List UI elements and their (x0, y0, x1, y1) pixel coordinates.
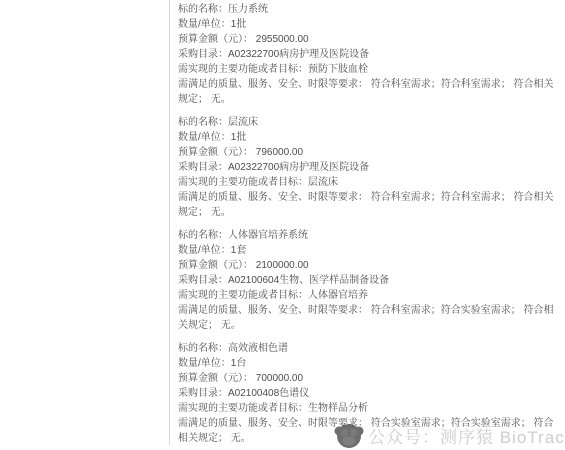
field-label: 预算金额（元）： (178, 373, 256, 384)
field-label: 采购目录： (178, 275, 228, 286)
field-catalog: 采购目录：A02322700病房护理及医院设备 (178, 47, 558, 62)
field-label: 标的名称： (178, 117, 228, 128)
field-name: 标的名称：高效液相色谱 (178, 341, 558, 356)
field-requirements: 需满足的质量、服务、安全、时限等要求： 符合实验室需求；符合实验室需求； 符合相… (178, 416, 558, 446)
field-label: 数量/单位： (178, 358, 231, 369)
field-value: 796000.00 (256, 147, 303, 158)
field-label: 预算金额（元）： (178, 147, 256, 158)
field-value: 生物样品分析 (308, 403, 368, 414)
field-budget: 预算金额（元）： 2955000.00 (178, 32, 558, 47)
field-label: 标的名称： (178, 4, 228, 15)
field-catalog: 采购目录：A02100604生物、医学样品制备设备 (178, 273, 558, 288)
field-value: 1批 (231, 19, 247, 30)
field-label: 预算金额（元）： (178, 34, 256, 45)
field-requirements: 需满足的质量、服务、安全、时限等要求： 符合科室需求；符合科室需求； 符合相关规… (178, 190, 558, 220)
field-value: 2955000.00 (256, 34, 309, 45)
field-value: A02100604生物、医学样品制备设备 (228, 275, 389, 286)
field-budget: 预算金额（元）： 2100000.00 (178, 258, 558, 273)
field-value: 高效液相色谱 (228, 343, 288, 354)
field-value: 层流床 (308, 177, 338, 188)
field-value: A02100408色谱仪 (228, 388, 309, 399)
procurement-item-1: 标的名称：压力系统 数量/单位：1批 预算金额（元）： 2955000.00 采… (178, 2, 558, 107)
field-catalog: 采购目录：A02322700病房护理及医院设备 (178, 160, 558, 175)
field-function: 需实现的主要功能或者目标：生物样品分析 (178, 401, 558, 416)
field-label: 标的名称： (178, 230, 228, 241)
field-value: 压力系统 (228, 4, 268, 15)
field-label: 需实现的主要功能或者目标： (178, 64, 308, 75)
field-label: 预算金额（元）： (178, 260, 256, 271)
field-value: 2100000.00 (256, 260, 309, 271)
field-value: 1台 (231, 358, 247, 369)
field-label: 需实现的主要功能或者目标： (178, 177, 308, 188)
field-label: 标的名称： (178, 343, 228, 354)
field-quantity: 数量/单位：1套 (178, 243, 558, 258)
field-catalog: 采购目录：A02100408色谱仪 (178, 386, 558, 401)
field-value: 预防下肢血栓 (308, 64, 368, 75)
field-quantity: 数量/单位：1批 (178, 130, 558, 145)
field-label: 数量/单位： (178, 19, 231, 30)
field-label: 需满足的质量、服务、安全、时限等要求： (178, 305, 371, 316)
field-quantity: 数量/单位：1批 (178, 17, 558, 32)
field-label: 数量/单位： (178, 132, 231, 143)
field-quantity: 数量/单位：1台 (178, 356, 558, 371)
field-label: 采购目录： (178, 162, 228, 173)
procurement-item-2: 标的名称：层流床 数量/单位：1批 预算金额（元）： 796000.00 采购目… (178, 115, 558, 220)
field-name: 标的名称：层流床 (178, 115, 558, 130)
field-label: 需满足的质量、服务、安全、时限等要求： (178, 79, 371, 90)
field-function: 需实现的主要功能或者目标：人体器官培养 (178, 288, 558, 303)
table-column-divider (169, 0, 170, 445)
field-requirements: 需满足的质量、服务、安全、时限等要求： 符合科室需求；符合科室需求； 符合相关规… (178, 77, 558, 107)
field-label: 采购目录： (178, 49, 228, 60)
field-value: A02322700病房护理及医院设备 (228, 162, 369, 173)
procurement-item-3: 标的名称：人体器官培养系统 数量/单位：1套 预算金额（元）： 2100000.… (178, 228, 558, 333)
field-value: 1批 (231, 132, 247, 143)
field-label: 需满足的质量、服务、安全、时限等要求： (178, 192, 371, 203)
field-label: 采购目录： (178, 388, 228, 399)
field-value: 层流床 (228, 117, 258, 128)
procurement-item-4: 标的名称：高效液相色谱 数量/单位：1台 预算金额（元）： 700000.00 … (178, 341, 558, 446)
field-value: 人体器官培养 (308, 290, 368, 301)
field-value: 700000.00 (256, 373, 303, 384)
field-budget: 预算金额（元）： 700000.00 (178, 371, 558, 386)
field-budget: 预算金额（元）： 796000.00 (178, 145, 558, 160)
field-function: 需实现的主要功能或者目标：预防下肢血栓 (178, 62, 558, 77)
field-label: 需实现的主要功能或者目标： (178, 403, 308, 414)
field-value: 人体器官培养系统 (228, 230, 308, 241)
field-function: 需实现的主要功能或者目标：层流床 (178, 175, 558, 190)
field-label: 数量/单位： (178, 245, 231, 256)
field-value: 1套 (231, 245, 247, 256)
field-value: A02322700病房护理及医院设备 (228, 49, 369, 60)
procurement-items-list: 标的名称：压力系统 数量/单位：1批 预算金额（元）： 2955000.00 采… (178, 2, 558, 450)
field-label: 需实现的主要功能或者目标： (178, 290, 308, 301)
field-name: 标的名称：人体器官培养系统 (178, 228, 558, 243)
field-name: 标的名称：压力系统 (178, 2, 558, 17)
field-requirements: 需满足的质量、服务、安全、时限等要求： 符合科室需求；符合实验室需求； 符合相关… (178, 303, 558, 333)
monkey-logo-icon (334, 421, 364, 450)
